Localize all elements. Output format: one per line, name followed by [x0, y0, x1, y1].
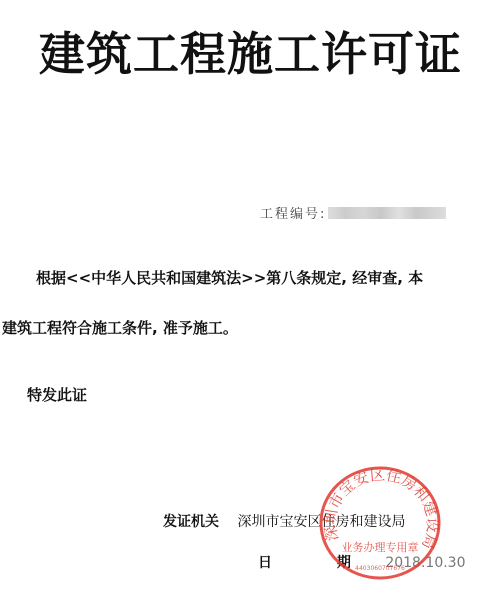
- project-number-label: 工程编号:: [260, 203, 326, 222]
- project-number: 工程编号:: [260, 203, 446, 222]
- special-note: 特发此证: [27, 384, 87, 405]
- body-paragraph-line1: 根据<<中华人民共和国建筑法>>第八条规定, 经审查, 本: [36, 268, 423, 288]
- project-number-redacted: [328, 207, 446, 219]
- svg-text:深圳市宝安区住房和建设局: 深圳市宝安区住房和建设局: [321, 466, 442, 552]
- body-paragraph-line2: 建筑工程符合施工条件, 准予施工。: [2, 318, 238, 338]
- svg-text:业务办理专用章: 业务办理专用章: [342, 540, 419, 554]
- official-seal-icon: 深圳市宝安区住房和建设局 业务办理专用章 4403060707676: [318, 465, 442, 581]
- issuer-label: 发证机关: [163, 514, 219, 530]
- svg-text:4403060707676: 4403060707676: [355, 565, 405, 572]
- document-title: 建筑工程施工许可证: [0, 26, 501, 82]
